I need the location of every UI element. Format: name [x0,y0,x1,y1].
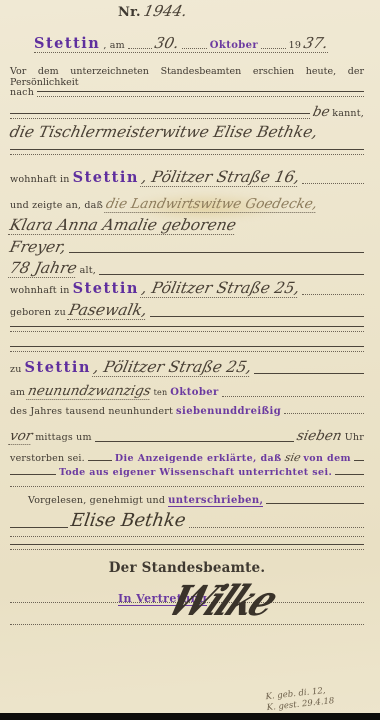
residence-place-stamp-2: Stettin [73,280,139,297]
declarant-signature: Elise Bethke [70,510,187,531]
died-label: verstorben sei. [10,453,85,464]
date-line: Stettin , am 30. Oktober 19 37. [34,34,328,53]
registrar-title: Der Standesbeamte. [109,560,265,576]
declaration-stamp-1a: Die Anzeigende erklärte, daß [115,453,282,464]
blank-rule [10,326,364,332]
record-number-value: 1944. [142,2,189,20]
zu-label: zu [10,364,22,375]
bekannt-hand: be [311,104,331,120]
birthplace-value: Pasewalk, [67,301,149,320]
declarant-address: , Pölitzer Straße 16, [140,168,301,187]
residence-place-stamp: Stettin [73,169,139,186]
intro-text: Vor dem unterzeichneten Standesbeamten e… [10,66,364,88]
deceased-name-2: Klara Anna Amalie geborene [8,216,238,235]
signature-underrule [10,536,364,537]
closing-line: Vorgelesen, genehmigt und unterschrieben… [28,495,364,507]
bekannt-label: kannt, [332,108,364,119]
age-line: 78 Jahre alt, [10,259,364,278]
resident-label: wohnhaft in [10,174,70,185]
scan-edge [0,713,380,720]
day-value: 30. [153,34,181,52]
am-label-2: am [10,387,25,398]
registrar-title-line: Der Standesbeamte. [10,560,364,576]
death-place-line: zu Stettin , Pölitzer Straße 25, [10,358,364,377]
death-address: , Pölitzer Straße 25, [92,358,253,377]
year-century: 19 [289,40,302,51]
death-record-document: Nr. 1944. Stettin , am 30. Oktober 19 37… [0,0,380,720]
hour-hand: sieben [295,428,343,444]
declarant-signature-line: Elise Bethke [10,510,364,531]
death-day-hand: neunundzwanzigs [26,383,152,400]
deceased-address: , Pölitzer Straße 25, [140,279,301,298]
bekannt-line: be kannt, [10,104,364,120]
am-label: , am [103,40,125,51]
deceased-name-line2: Klara Anna Amalie geborene [10,216,364,235]
declaration-line-2: Tode aus eigener Wissenschaft unterricht… [10,467,364,478]
signed-stamp: unterschrieben, [168,495,263,507]
declaration-hand-sie: sie [283,451,301,464]
deceased-name-line3: Freyer, [10,238,364,256]
read-approved-label: Vorgelesen, genehmigt und [28,495,165,506]
death-month-stamp: Oktober [170,387,218,398]
declaration-line-1: verstorben sei. Die Anzeigende erklärte,… [10,451,364,464]
ten-label: ten [154,388,168,397]
declaration-stamp-1b: von dem [303,453,351,464]
death-year-stamp: siebenunddreißig [176,406,281,417]
declarant-name-line: die Tischlermeisterwitwe Elise Bethke, [10,123,364,141]
place-stamp: Stettin [34,35,100,52]
deceased-residence-line: wohnhaft in Stettin , Pölitzer Straße 25… [10,279,364,298]
declaration-stamp-2: Tode aus eigener Wissenschaft unterricht… [59,467,332,478]
alt-label: alt, [80,265,96,276]
birthplace-line: geboren zu Pasewalk, [10,301,364,320]
declarant-name: die Tischlermeisterwitwe Elise Bethke, [8,123,319,141]
section-rule [10,149,364,155]
blank-rule-2 [10,346,364,352]
declarant-residence-line: wohnhaft in Stettin , Pölitzer Straße 16… [10,168,364,187]
time-of-day-hand: vor [8,428,34,445]
nach-line: nach [10,87,364,98]
registrar-signature: Wilke [159,577,285,625]
intro-line: Vor dem unterzeichneten Standesbeamten e… [10,66,364,88]
death-time-line: vor mittags um sieben Uhr [10,428,364,445]
closing-rule [10,544,364,550]
nach-label: nach [10,87,34,98]
mittags-label: mittags um [35,432,91,443]
uhr-label: Uhr [345,432,364,443]
deceased-name-3: Freyer, [8,238,68,256]
age-value: 78 Jahre [8,259,79,278]
announcement-line: und zeigte an, daß die Landwirtswitwe Go… [10,196,364,213]
year-value: 37. [302,34,330,52]
announce-label: und zeigte an, daß [10,200,103,211]
death-place-stamp: Stettin [25,359,91,376]
year-prefix-label: des Jahres tausend neunhundert [10,406,173,417]
death-year-line: des Jahres tausend neunhundert siebenund… [10,406,364,417]
margin-notes: K. geb. di. 12, K. gest. 29.4.18 [265,680,380,715]
born-label: geboren zu [10,307,66,318]
resident-label-2: wohnhaft in [10,285,70,296]
record-number-label: Nr. [118,5,141,20]
separator-dotted [10,486,364,487]
month-stamp: Oktober [210,40,258,51]
deceased-name-1: die Landwirtswitwe Goedecke, [104,196,319,213]
record-number-line: Nr. 1944. [118,2,187,20]
death-day-line: am neunundzwanzigs ten Oktober [10,383,364,400]
